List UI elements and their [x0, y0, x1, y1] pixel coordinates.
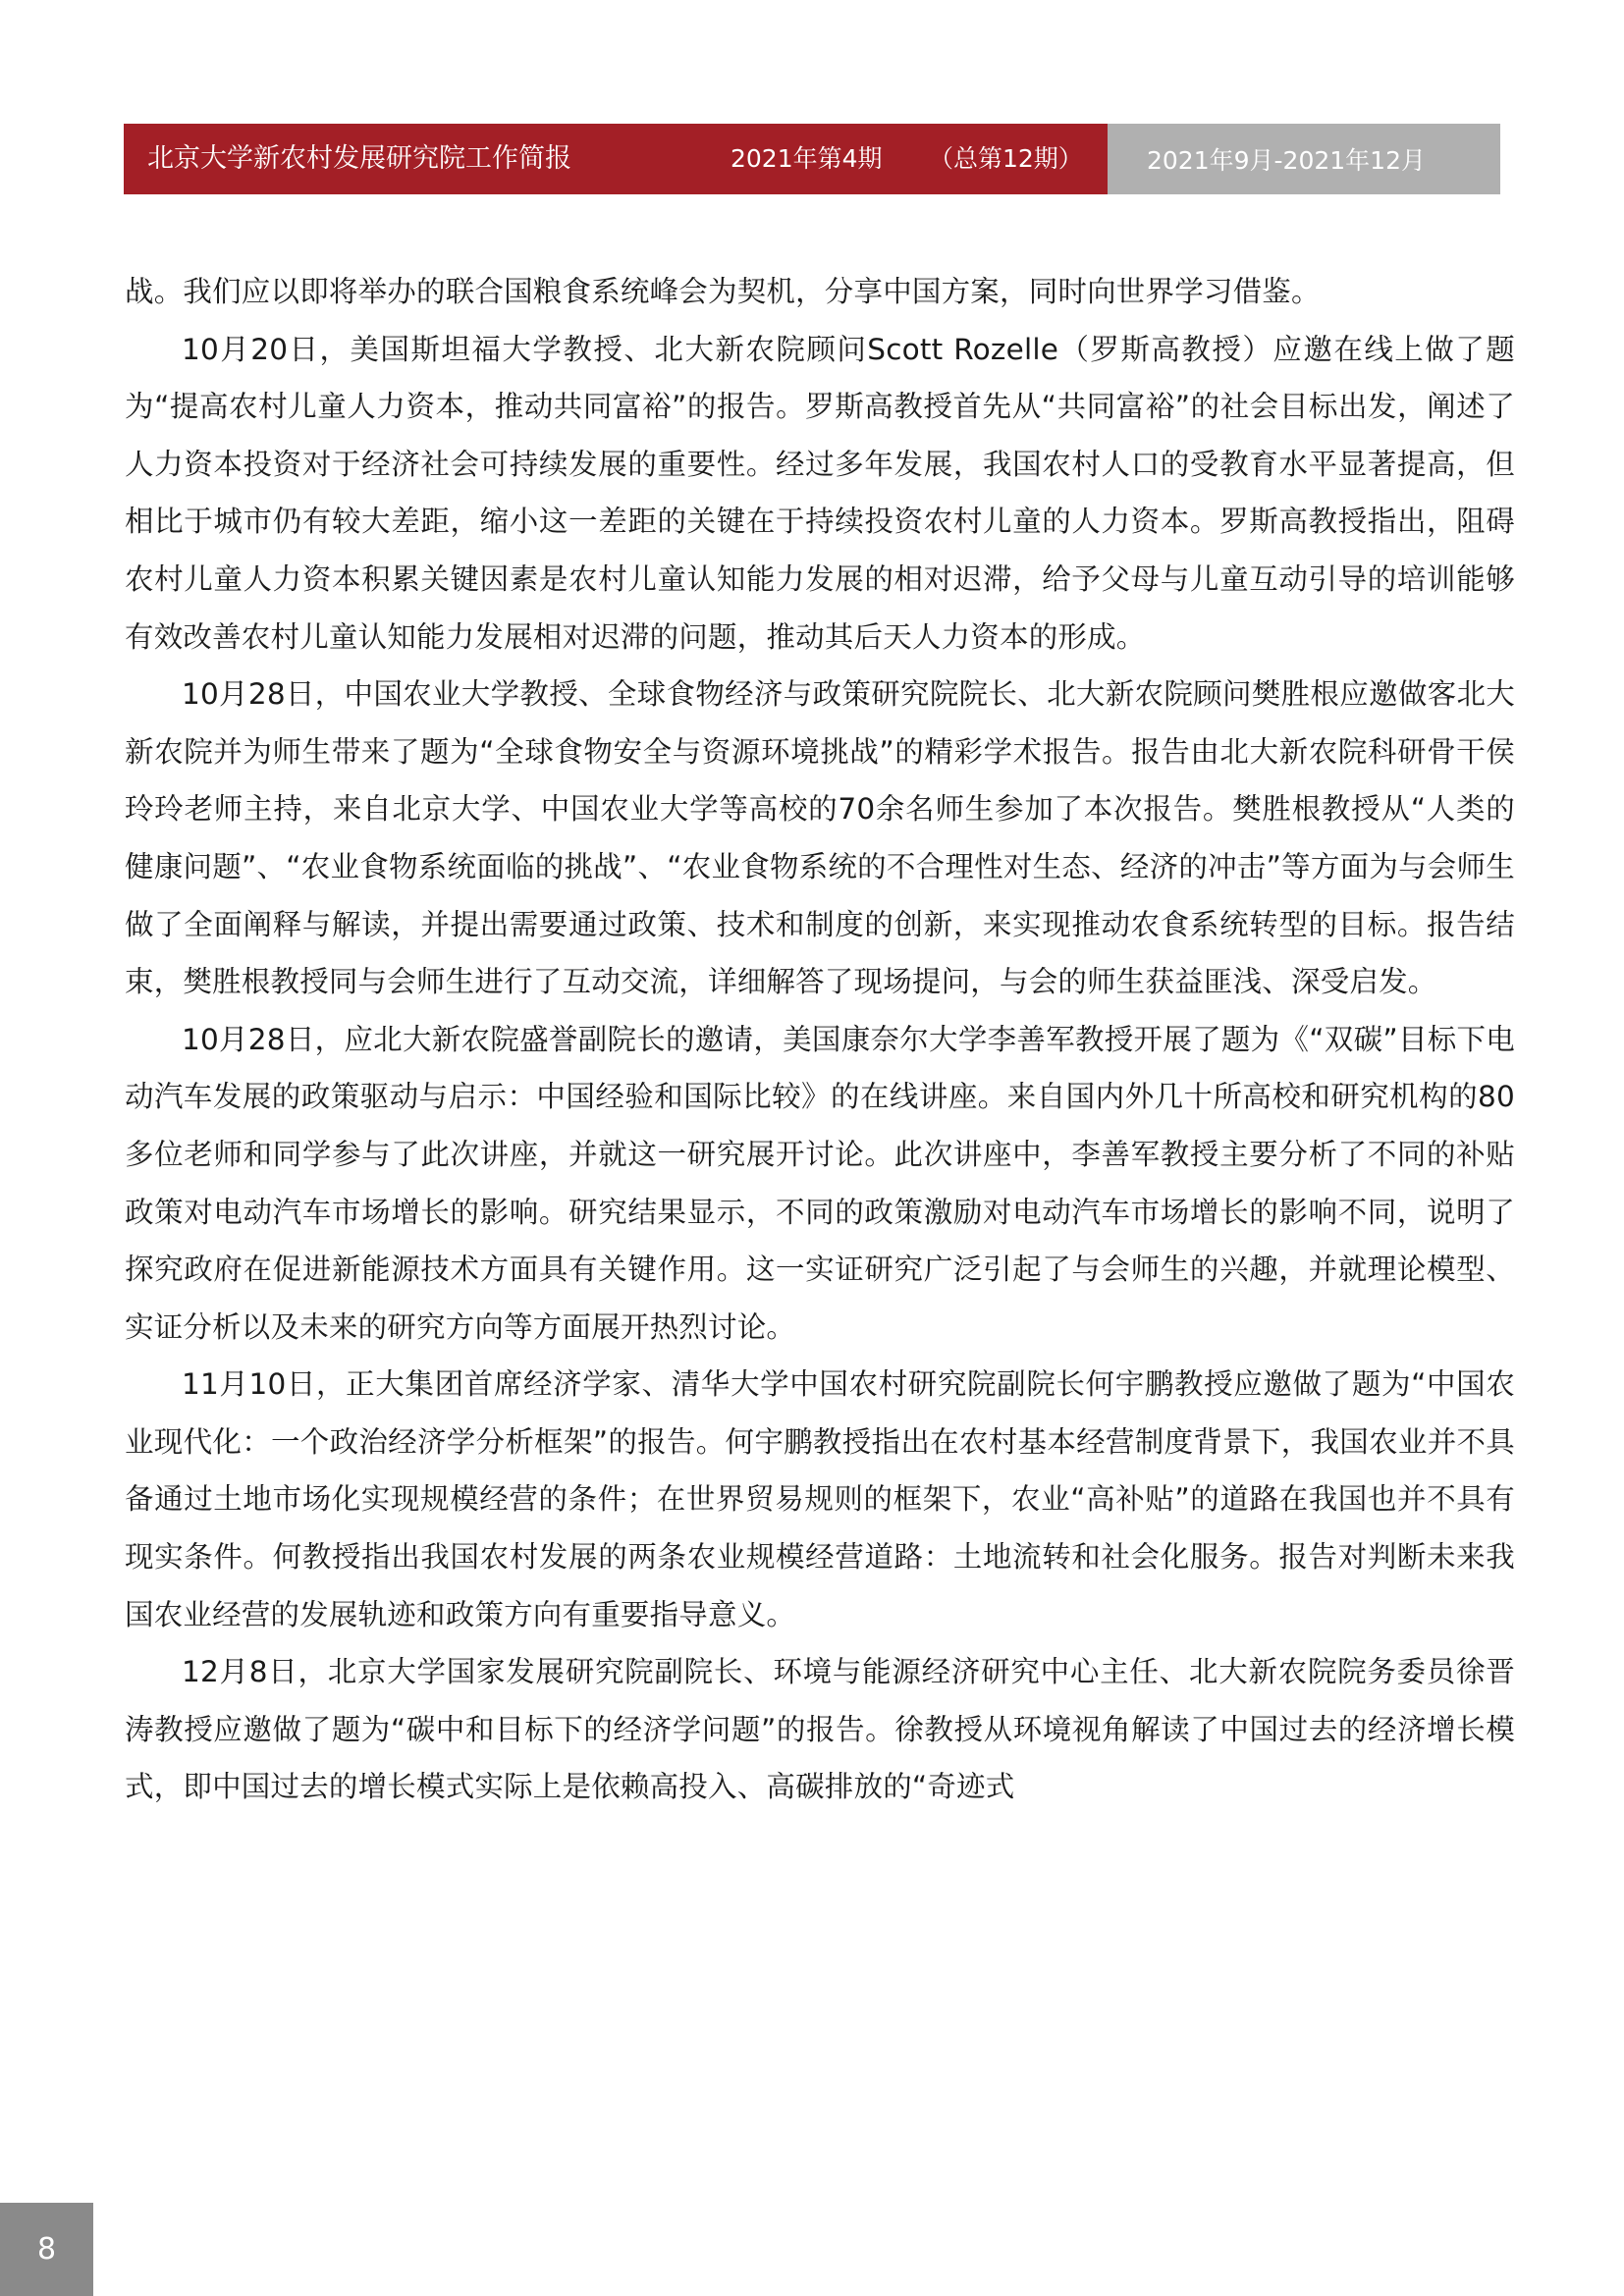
paragraph-li-shanjun-lecture: 10月28日，应北大新农院盛誉副院长的邀请，美国康奈尔大学李善军教授开展了题为《… [125, 1011, 1515, 1357]
paragraph-he-yupeng-report: 11月10日，正大集团首席经济学家、清华大学中国农村研究院副院长何宇鹏教授应邀做… [125, 1356, 1515, 1643]
page-number-badge: 8 [0, 2203, 93, 2296]
article-body: 战。我们应以即将举办的联合国粮食系统峰会为契机，分享中国方案，同时向世界学习借鉴… [125, 263, 1515, 1816]
issue-number: 2021年第4期 [731, 124, 883, 194]
publication-period: 2021年9月-2021年12月 [1147, 141, 1426, 177]
paragraph-fan-shenggen-report: 10月28日，中国农业大学教授、全球食物经济与政策研究院院长、北大新农院顾问樊胜… [125, 666, 1515, 1011]
total-issue-number: （总第12期） [929, 124, 1083, 194]
header-title-bar: 北京大学新农村发展研究院工作简报 2021年第4期 （总第12期） [124, 124, 1108, 194]
paragraph-continuation: 战。我们应以即将举办的联合国粮食系统峰会为契机，分享中国方案，同时向世界学习借鉴… [125, 263, 1515, 321]
page-number: 8 [37, 2232, 56, 2267]
paragraph-rozelle-report: 10月20日，美国斯坦福大学教授、北大新农院顾问Scott Rozelle（罗斯… [125, 321, 1515, 667]
publication-title: 北京大学新农村发展研究院工作简报 [147, 124, 571, 194]
page-header: 北京大学新农村发展研究院工作简报 2021年第4期 （总第12期） 2021年9… [124, 124, 1500, 194]
header-period-bar: 2021年9月-2021年12月 [1108, 124, 1500, 194]
paragraph-xu-jintao-report: 12月8日，北京大学国家发展研究院副院长、环境与能源经济研究中心主任、北大新农院… [125, 1643, 1515, 1816]
